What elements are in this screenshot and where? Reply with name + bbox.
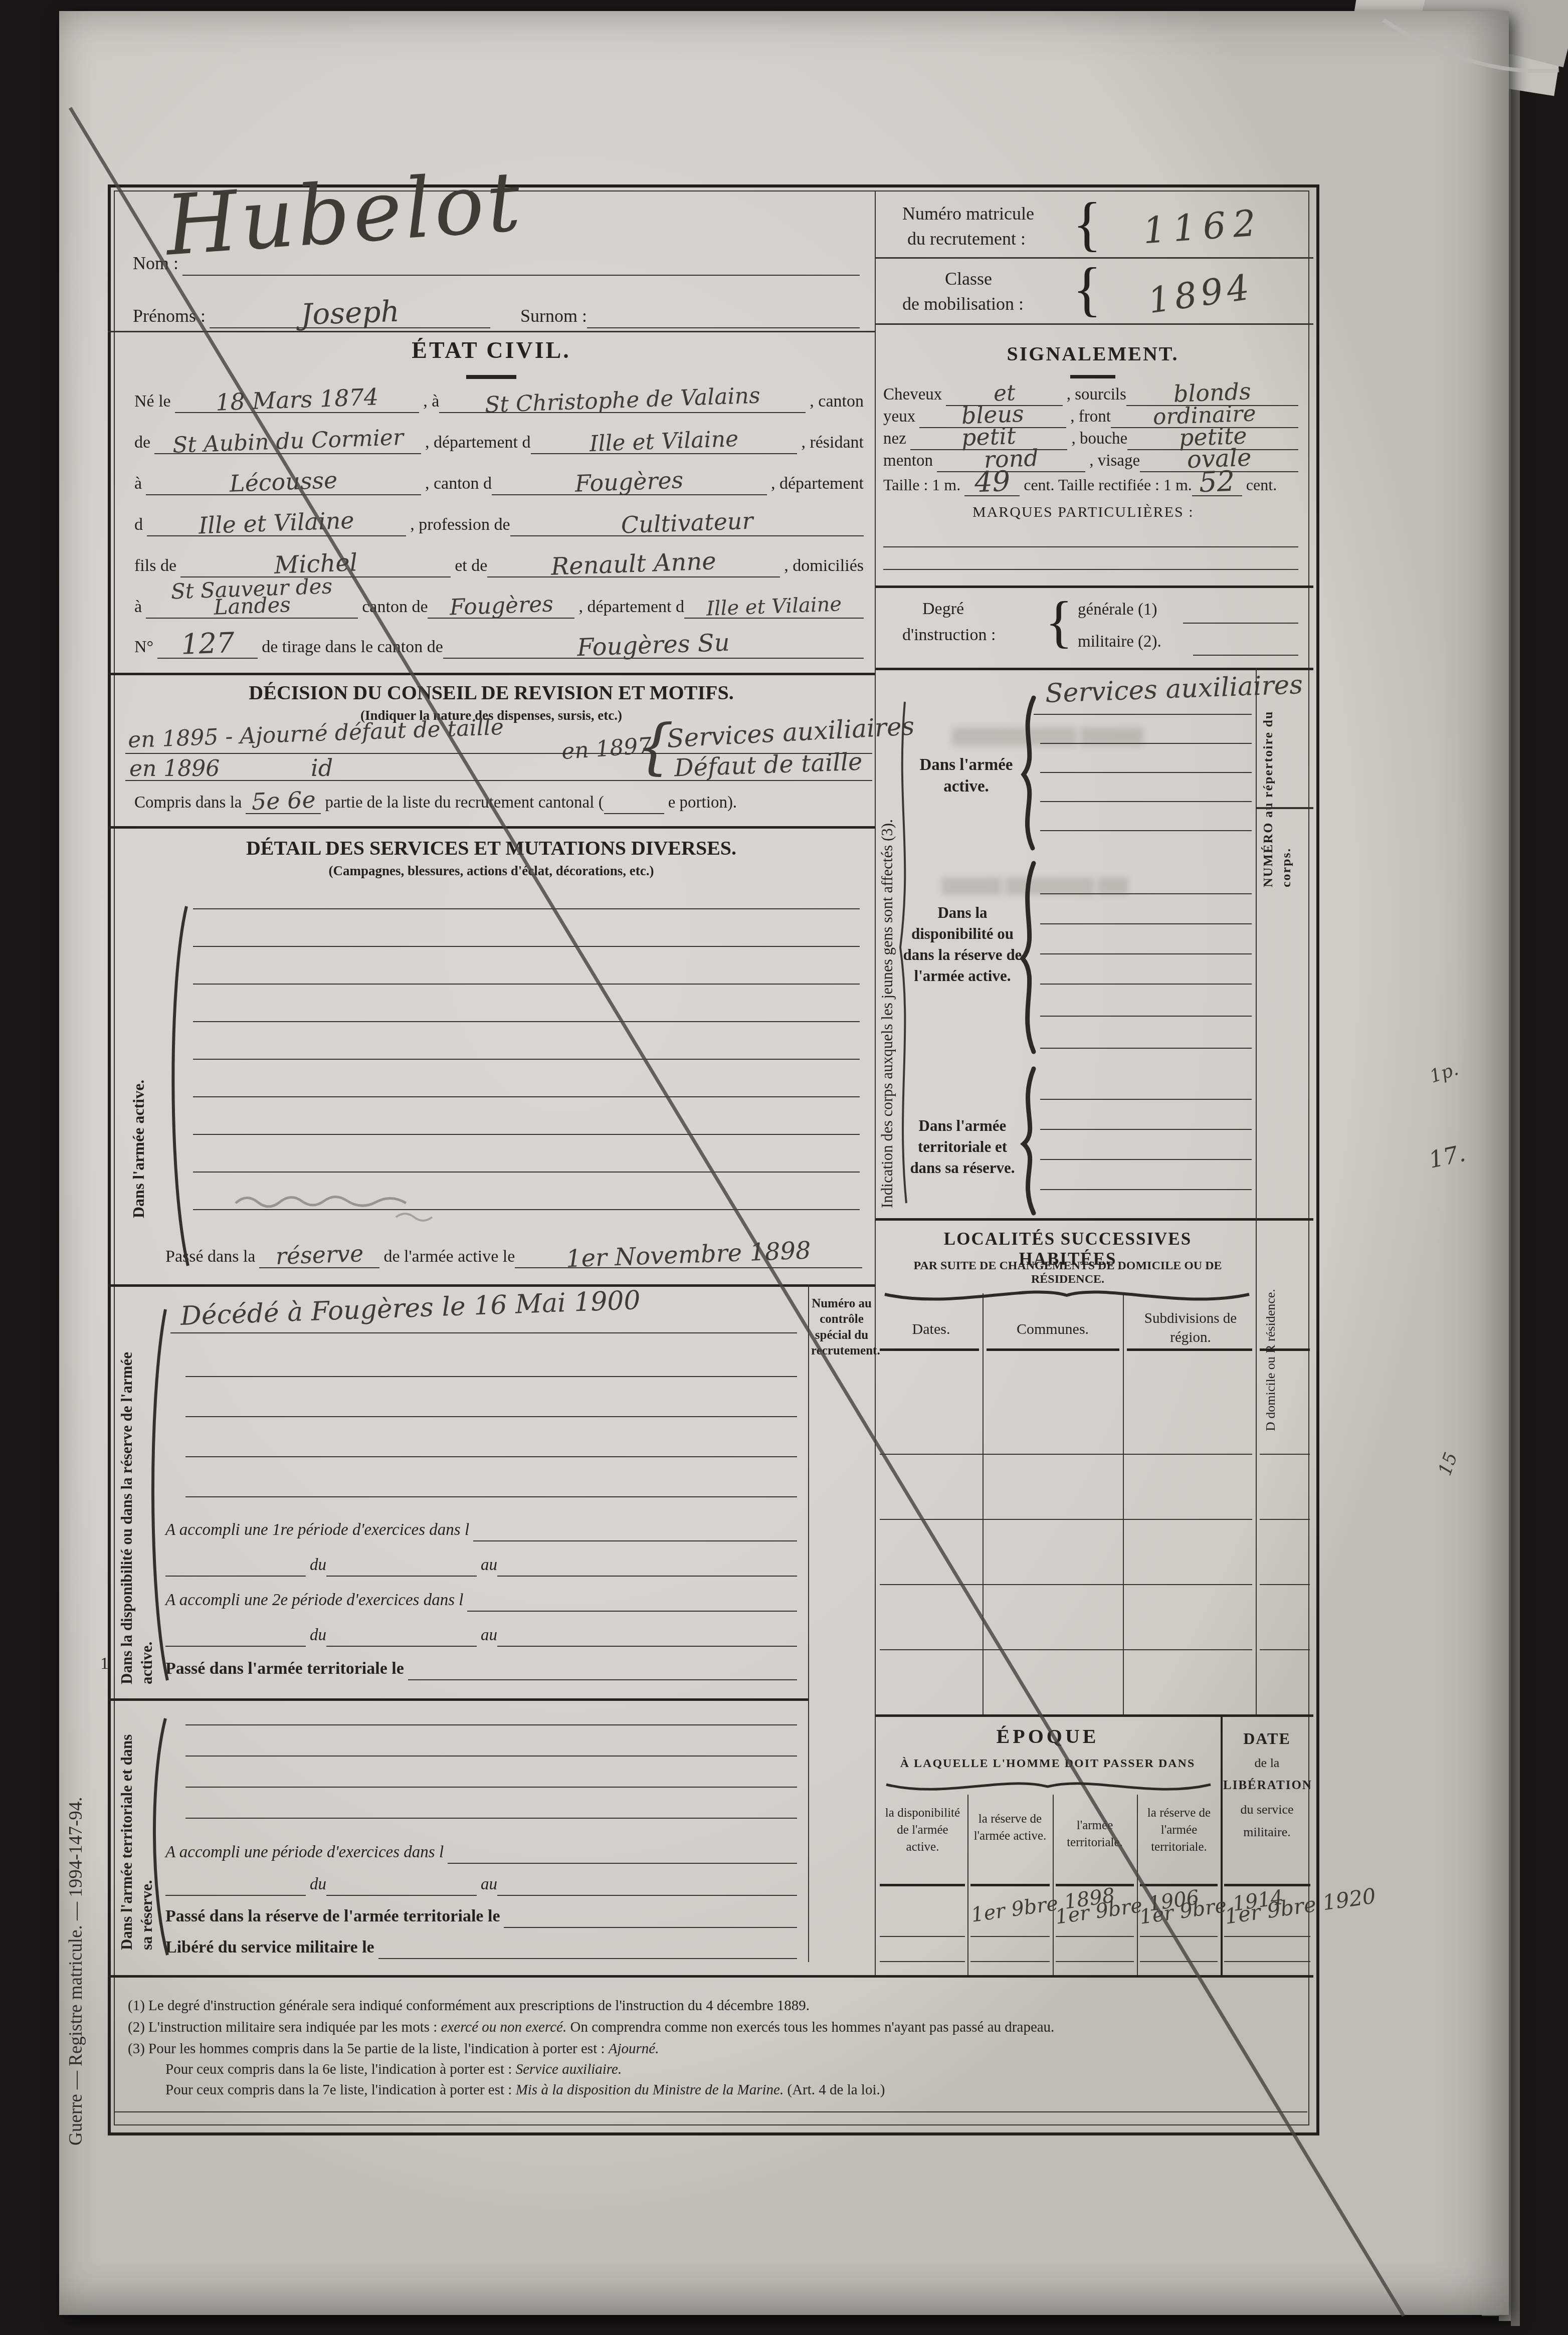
periode1-label: A accompli une 1re période d'exercices d… [165, 1521, 473, 1541]
canton2-label: , canton d [421, 474, 492, 495]
corps-side-caption: Indication des corps auxquels les jeunes… [878, 687, 896, 1208]
date-liberation-title: DATE [1223, 1729, 1311, 1748]
periode3-du-field [326, 1895, 477, 1896]
matricule-label-2: du recrutement : [907, 228, 1026, 249]
canton2-hw: Fougères [575, 471, 684, 493]
passe-territoriale-field [408, 1679, 797, 1680]
taille-rectifiee-hw: 52 [1199, 471, 1235, 494]
periode2-du-pre [165, 1646, 306, 1647]
etat-civil-title: ÉTAT CIVIL. [341, 337, 642, 363]
classe-label-2: de mobilisation : [902, 293, 1024, 314]
footnote-4-pre: Pour ceux compris dans la 6e liste, l'in… [165, 2061, 516, 2077]
footnote-5-pre: Pour ceux compris dans la 7e liste, l'in… [165, 2082, 516, 2098]
passe-reserve-date-hw: 1er Novembre 1898 [566, 1241, 812, 1268]
residence-field: Lécousse [146, 473, 421, 495]
departement-field: Ille et Vilaine [531, 433, 798, 454]
scanned-register-page: Guerre — Registre matricule. — 1994-147-… [0, 0, 1568, 2335]
fore-edge-strip [1511, 50, 1520, 2326]
passe-reserve-label: Passé dans la [165, 1247, 259, 1268]
footnote-3: (3) Pour les hommes compris dans la 5e p… [128, 2041, 659, 2057]
passe-reserve-territoriale-field [504, 1927, 797, 1928]
date-liberation-sub3: du service [1223, 1802, 1311, 1817]
passe-reserve-hw: réserve [275, 1244, 363, 1266]
taille-hw: 49 [974, 471, 1011, 494]
canton2-field: Fougères [492, 473, 767, 495]
du-label: du [306, 1626, 326, 1647]
birthdate-field: 18 Mars 1874 [175, 391, 419, 413]
passe-territoriale-label: Passé dans l'armée territoriale le [165, 1659, 408, 1680]
epoque-col-disponibilite: la disponibilité de l'armée active. [881, 1805, 964, 1855]
ne-le-label: Né le [134, 392, 175, 413]
de-label: de [134, 433, 154, 454]
tirage-canton-hw: Fougères Su [576, 633, 730, 658]
canton3-field: Fougères [428, 597, 574, 619]
prenoms-handwritten: Joseph [300, 300, 400, 326]
nom-field [182, 275, 860, 276]
matricule-value: 1162 [1141, 202, 1264, 252]
footnote-4-italic: Service auxiliaire. [516, 2061, 622, 2077]
periode2-du-field [326, 1646, 477, 1647]
epoque-col-reserve-territoriale: la réserve de l'armée territoriale. [1139, 1805, 1219, 1855]
passe-reserve-date-field: 1er Novembre 1898 [515, 1245, 862, 1268]
canton-hw: St Aubin du Cormier [172, 429, 404, 454]
detail-title: DÉTAIL DES SERVICES ET MUTATIONS DIVERSE… [190, 836, 792, 860]
departement3-label: , département d [574, 598, 684, 619]
periode1-field [473, 1540, 797, 1541]
footnote-2-pre: (2) L'instruction militaire sera indiqué… [128, 2019, 441, 2035]
taille-label: Taille : 1 m. [883, 476, 964, 496]
departement-label: , département d [421, 433, 531, 454]
departement2-field: Ille et Vilaine [147, 514, 406, 536]
profession-field: Cultivateur [510, 514, 864, 536]
side-label-disponibilite: Dans la disponibilité ou dans la réserve… [117, 1343, 163, 1684]
corps-group-disponibilite: Dans la disponibilité ou dans la réserve… [902, 902, 1023, 986]
tirage-canton-field: Fougères Su [443, 636, 864, 659]
canton3-label: canton de [358, 598, 428, 619]
classe-brace: { [1073, 255, 1102, 324]
au-label: au [477, 1626, 497, 1647]
date-liberation-sub: de la [1223, 1756, 1311, 1771]
compris-hw: 5e 6e [251, 791, 316, 811]
footnote-5: Pour ceux compris dans la 7e liste, l'in… [165, 2082, 885, 2098]
epoque-col-reserve-active: la réserve de l'armée active. [970, 1811, 1050, 1845]
footnote-2-post: On comprendra comme non exercés tous les… [566, 2019, 1054, 2035]
degre-label: Degré [922, 600, 964, 619]
cent-label: cent. [1242, 476, 1277, 496]
periode1-au-field [497, 1576, 797, 1577]
spine-label: Guerre — Registre matricule. — 1994-147-… [65, 1669, 87, 2146]
du-label: du [306, 1875, 326, 1896]
marques-label: MARQUES PARTICULIÈRES : [972, 504, 1194, 521]
degre-militaire-label: militaire (2). [1078, 633, 1161, 651]
date-liberation-sub2: LIBÉRATION [1223, 1779, 1311, 1793]
canton-label: , canton [806, 392, 864, 413]
corps-numero-col-label: NUMÉRO au répertoire du corps. [1259, 677, 1309, 887]
footnote-2-italic: exercé ou non exercé. [441, 2019, 567, 2035]
date-liberation-sub4: militaire. [1223, 1825, 1311, 1840]
domicile-field: St Sauveur des Landes [146, 580, 358, 619]
periode3-label: A accompli une période d'exercices dans … [165, 1843, 448, 1864]
fils-de-label: fils de [134, 556, 180, 577]
residant-label: , résidant [797, 433, 864, 454]
footnote-3-pre: (3) Pour les hommes compris dans la 5e p… [128, 2041, 609, 2057]
controle-special-label: Numéro au contrôle spécial du recrutemen… [811, 1296, 872, 1358]
decision-title: DÉCISION DU CONSEIL DE REVISION ET MOTIF… [190, 681, 792, 704]
compris-label-2: partie de la liste du recrutement canton… [321, 794, 604, 814]
numero-tirage-hw: 127 [180, 632, 235, 657]
departement3-field: Ille et Vilaine [684, 599, 864, 619]
localites-col-dr: D domicile ou R résidence. [1261, 1281, 1306, 1431]
classe-label: Classe [945, 268, 992, 289]
signalement-title: SIGNALEMENT. [942, 342, 1243, 365]
numero-tirage-label: N° [134, 638, 157, 659]
periode1-du-field [326, 1576, 477, 1577]
tirage-text: de tirage dans le canton de [258, 638, 443, 659]
degre-label-2: d'instruction : [902, 626, 996, 645]
libere-field [378, 1958, 797, 1959]
epoque-title: ÉPOQUE [927, 1724, 1168, 1748]
taille-rectifiee-field: 52 [1192, 471, 1242, 496]
periode2-label: A accompli une 2e période d'exercices da… [165, 1591, 467, 1612]
a3-label: à [134, 598, 146, 619]
domicilies-label: , domiciliés [780, 556, 864, 577]
surnom-field [587, 327, 860, 328]
localites-subtitle: PAR SUITE DE CHANGEMENTS DE DOMICILE OU … [897, 1259, 1238, 1286]
periode2-field [467, 1611, 797, 1612]
periode3-au-field [497, 1895, 797, 1896]
taille-field: 49 [964, 471, 1020, 496]
detail-subtitle: (Campagnes, blessures, actions d'éclat, … [216, 863, 767, 879]
birthdate-hw: 18 Mars 1874 [215, 387, 378, 412]
mere-hw: Renault Anne [551, 551, 717, 576]
column-divider [875, 190, 876, 1975]
residence-hw: Lécousse [229, 471, 337, 493]
corps-group-armee-active: Dans l'armée active. [912, 754, 1020, 798]
departement-hw: Ille et Vilaine [589, 430, 738, 453]
localites-col-dates: Dates. [882, 1321, 980, 1338]
au-label: au [477, 1556, 497, 1577]
corps-group-territoriale: Dans l'armée territoriale et dans sa rés… [907, 1115, 1018, 1179]
epoque-subtitle: À LAQUELLE L'HOMME DOIT PASSER DANS [887, 1757, 1208, 1771]
departement3-hw: Ille et Vilaine [706, 596, 842, 617]
matricule-brace: { [1073, 189, 1102, 259]
passe-reserve-territoriale-label: Passé dans la réserve de l'armée territo… [165, 1907, 504, 1928]
periode1-du-pre [165, 1576, 306, 1577]
prenoms-label: Prénoms : [133, 305, 210, 328]
degre-generale-label: générale (1) [1078, 601, 1157, 619]
footnote-1-text: (1) Le degré d'instruction générale sera… [128, 1998, 810, 2014]
libere-label: Libéré du service militaire le [165, 1938, 378, 1959]
periode3-field [448, 1863, 797, 1864]
footnote-1: (1) Le degré d'instruction générale sera… [128, 1998, 810, 2014]
compris-label-3: e portion). [664, 794, 737, 814]
profession-label: , profession de [406, 515, 510, 536]
epoque-col-territoriale: l'armée territoriale. [1055, 1817, 1134, 1851]
footnote-5-italic: Mis à la disposition du Ministre de la M… [516, 2082, 784, 2098]
a2-label: à [134, 474, 146, 495]
footnote-3-italic: Ajourné. [609, 2041, 659, 2057]
periode3-du-pre [165, 1895, 306, 1896]
footnote-2: (2) L'instruction militaire sera indiqué… [128, 2019, 1054, 2036]
footnote-5-post: (Art. 4 de la loi.) [783, 2082, 885, 2098]
localites-col-subdivisions: Subdivisions de région. [1128, 1309, 1253, 1347]
localites-col-communes: Communes. [985, 1321, 1120, 1338]
a-label: , à [419, 392, 439, 413]
passe-reserve-field: réserve [259, 1246, 379, 1268]
departement2-hw: Ille et Vilaine [199, 511, 355, 535]
decision-hw-2a: en 1896 [129, 756, 220, 782]
et-de-label: et de [451, 556, 487, 577]
mere-field: Renault Anne [487, 554, 780, 577]
degre-brace: { [1045, 589, 1073, 655]
passe-reserve-label-2: de l'armée active le [379, 1247, 515, 1268]
periode2-au-field [497, 1646, 797, 1647]
side-label-territoriale: Dans l'armée territoriale et dans sa rés… [117, 1729, 163, 1950]
portion-field [604, 813, 664, 814]
compris-field: 5e 6e [246, 792, 321, 814]
footnote-4: Pour ceux compris dans la 6e liste, l'in… [165, 2061, 622, 2078]
surnom-label: Surnom : [490, 305, 587, 328]
nom-label: Nom : [133, 253, 182, 276]
pere-hw: Michel [274, 553, 357, 575]
compris-label: Compris dans la [134, 794, 246, 814]
canton3-hw: Fougères [449, 595, 553, 616]
au-label: au [477, 1875, 497, 1896]
birthplace-hw: St Christophe de Valains [485, 386, 761, 414]
d-label: d [134, 515, 147, 536]
matricule-label: Numéro matricule [902, 203, 1034, 224]
numero-tirage-field: 127 [157, 633, 258, 659]
side-label-armee-active: Dans l'armée active. [129, 947, 148, 1218]
taille-rectifiee-label: cent. Taille rectifiée : 1 m. [1020, 476, 1192, 496]
prenoms-field: Joseph [210, 301, 490, 328]
domicile-hw: St Sauveur des Landes [145, 577, 358, 618]
birthplace-field: St Christophe de Valains [439, 392, 806, 413]
profession-hw: Cultivateur [621, 511, 753, 534]
decision-hw-2b: id [311, 754, 333, 782]
departement2-label: , département [767, 474, 864, 495]
canton-field: St Aubin du Cormier [154, 433, 421, 454]
du-label: du [306, 1556, 326, 1577]
